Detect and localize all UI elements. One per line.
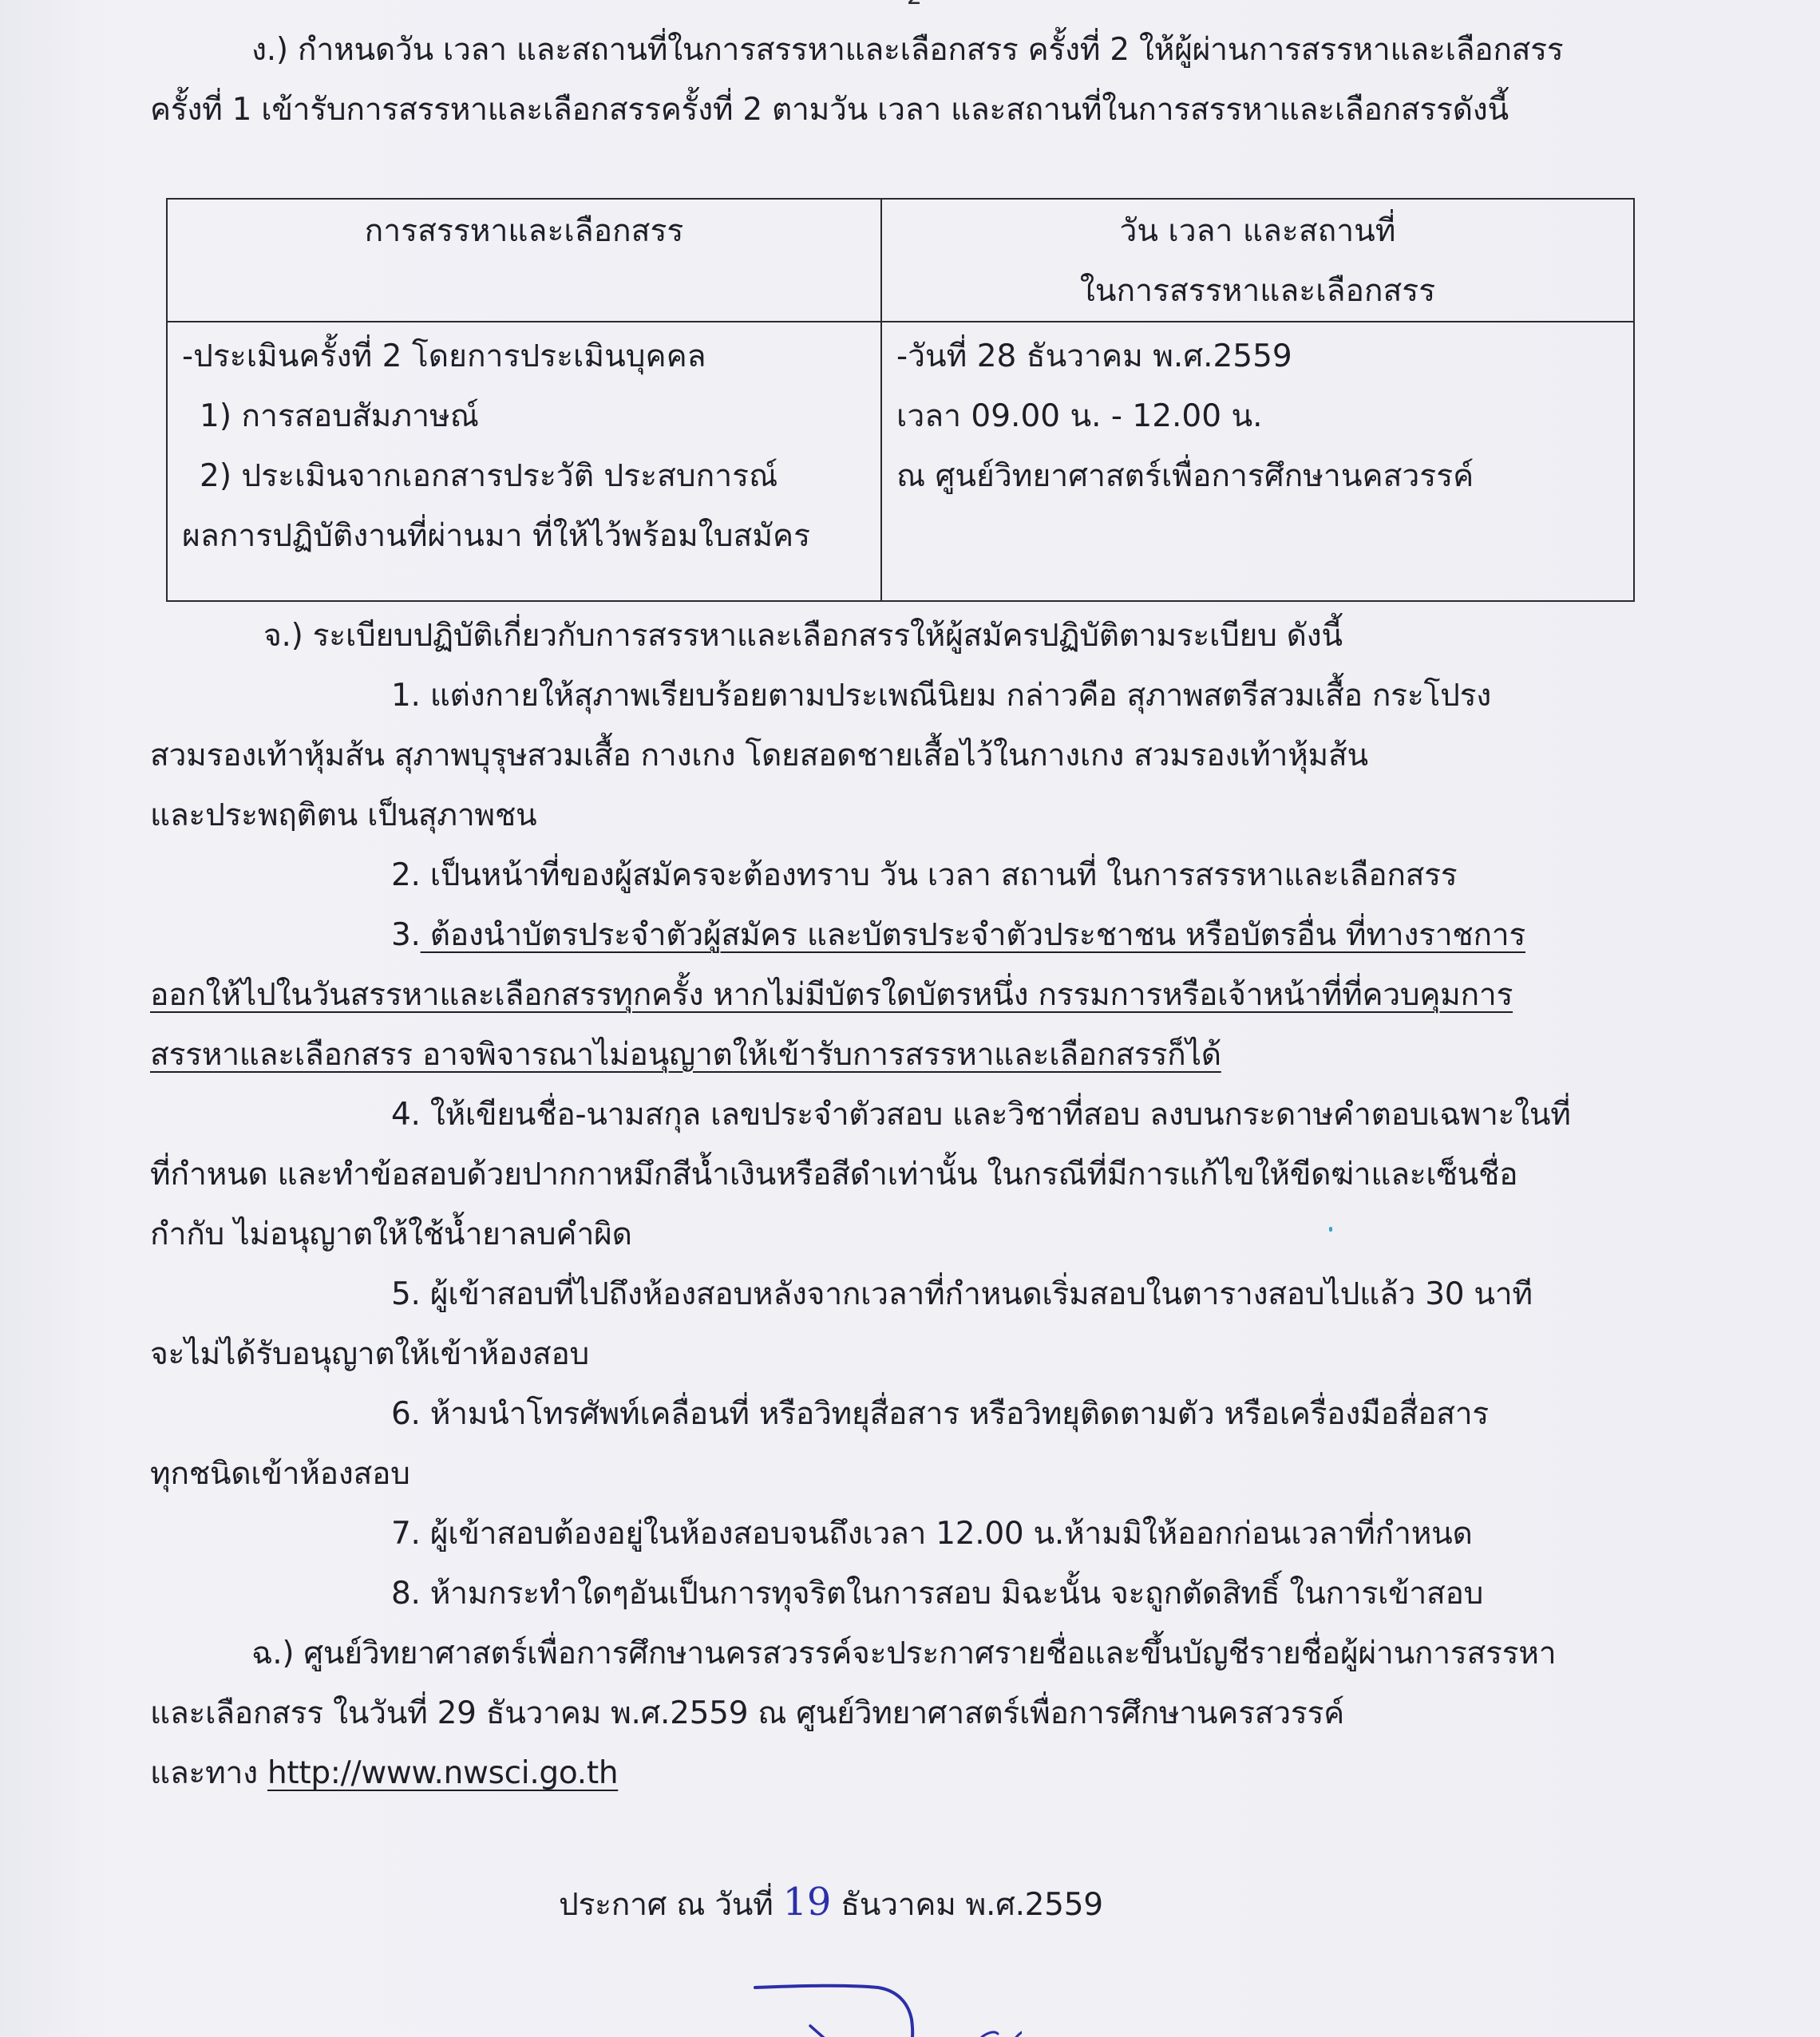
rule-4-line-2: ที่กำหนด และทำข้อสอบด้วยปากกาหมึกสีน้ำเง…: [150, 1155, 1517, 1195]
section-ng-line-1: ง.) กำหนดวัน เวลา และสถานที่ในการสรรหาแล…: [251, 30, 1563, 70]
rule-5-line-2: จะไม่ได้รับอนุญาตให้เข้าห้องสอบ: [150, 1335, 589, 1374]
rule-1-line-3: และประพฤติตน เป็นสุภาพชน: [150, 796, 536, 836]
section-cho-line-3: และทาง http://www.nwsci.go.th: [150, 1754, 618, 1794]
schedule-time: เวลา 09.00 น. - 12.00 น.: [896, 386, 1633, 446]
evaluation-line: 1) การสอบสัมภาษณ์: [182, 386, 880, 446]
rule-1-line-1: 1. แต่งกายให้สุภาพเรียบร้อยตามประเพณีนิย…: [391, 676, 1491, 716]
schedule-table-row: -ประเมินครั้งที่ 2 โดยการประเมินบุคคล 1)…: [167, 322, 1634, 601]
page-number: -2-: [898, 0, 931, 10]
announcement-date: ประกาศ ณ วันที่ 19 ธันวาคม พ.ศ.2559: [559, 1882, 1103, 1925]
evaluation-line: -ประเมินครั้งที่ 2 โดยการประเมินบุคคล: [182, 326, 880, 386]
rule-8-line-1: 8. ห้ามกระทำใดๆอันเป็นการทุจริตในการสอบ …: [391, 1574, 1483, 1614]
scanned-document-page: -2- ง.) กำหนดวัน เวลา และสถานที่ในการสรร…: [0, 0, 1820, 2037]
evaluation-line: ผลการปฏิบัติงานที่ผ่านมา ที่ให้ไว้พร้อมใ…: [182, 506, 880, 566]
rule-5-line-1: 5. ผู้เข้าสอบที่ไปถึงห้องสอบหลังจากเวลาท…: [391, 1275, 1533, 1315]
rule-3-line-2: ออกให้ไปในวันสรรหาและเลือกสรรทุกครั้ง หา…: [150, 975, 1513, 1015]
cell-evaluation-method: -ประเมินครั้งที่ 2 โดยการประเมินบุคคล 1)…: [167, 322, 881, 601]
section-jo-heading: จ.) ระเบียบปฏิบัติเกี่ยวกับการสรรหาและเล…: [263, 616, 1343, 656]
url-prefix: และทาง: [150, 1755, 267, 1791]
rule-3-number: 3.: [391, 917, 421, 953]
header-date-time-place: วัน เวลา และสถานที่ ในการสรรหาและเลือกสร…: [881, 199, 1634, 322]
rule-3-text: ต้องนำบัตรประจำตัวผู้สมัคร และบัตรประจำต…: [421, 917, 1525, 953]
announcement-prefix: ประกาศ ณ วันที่: [559, 1887, 783, 1923]
rule-3-line-1: 3. ต้องนำบัตรประจำตัวผู้สมัคร และบัตรประ…: [391, 916, 1525, 955]
schedule-table: การสรรหาและเลือกสรร วัน เวลา และสถานที่ …: [166, 198, 1635, 602]
handwritten-day: 19: [783, 1880, 831, 1924]
header-col2-line2: ในการสรรหาและเลือกสรร: [882, 261, 1633, 321]
rule-6-line-2: ทุกชนิดเข้าห้องสอบ: [150, 1454, 410, 1494]
header-selection-process: การสรรหาและเลือกสรร: [167, 199, 881, 322]
section-cho-line-2: และเลือกสรร ในวันที่ 29 ธันวาคม พ.ศ.2559…: [150, 1694, 1344, 1734]
section-cho-line-1: ฉ.) ศูนย์วิทยาศาสตร์เพื่อการศึกษานครสวรร…: [251, 1634, 1556, 1674]
rule-1-line-2: สวมรองเท้าหุ้มส้น สุภาพบุรุษสวมเสื้อ กาง…: [150, 736, 1368, 776]
rule-6-line-1: 6. ห้ามนำโทรศัพท์เคลื่อนที่ หรือวิทยุสื่…: [391, 1394, 1489, 1434]
schedule-date: -วันที่ 28 ธันวาคม พ.ศ.2559: [896, 326, 1633, 386]
rule-2-line-1: 2. เป็นหน้าที่ของผู้สมัครจะต้องทราบ วัน …: [391, 856, 1457, 896]
rule-4-line-3: กำกับ ไม่อนุญาตให้ใช้น้ำยาลบคำผิด: [150, 1215, 632, 1255]
rule-3-line-3: สรรหาและเลือกสรร อาจพิจารณาไม่อนุญาตให้เ…: [150, 1035, 1221, 1075]
header-col2-line1: วัน เวลา และสถานที่: [882, 201, 1633, 261]
rule-4-line-1: 4. ให้เขียนชื่อ-นามสกุล เลขประจำตัวสอบ แ…: [391, 1095, 1571, 1135]
schedule-table-header-row: การสรรหาและเลือกสรร วัน เวลา และสถานที่ …: [167, 199, 1634, 322]
cell-date-time-place: -วันที่ 28 ธันวาคม พ.ศ.2559 เวลา 09.00 น…: [881, 322, 1634, 601]
header-col1-text: การสรรหาและเลือกสรร: [168, 201, 880, 261]
evaluation-line: 2) ประเมินจากเอกสารประวัติ ประสบการณ์: [182, 446, 880, 506]
schedule-place: ณ ศูนย์วิทยาศาสตร์เพื่อการศึกษานคสวรรค์: [896, 446, 1633, 506]
website-link[interactable]: http://www.nwsci.go.th: [267, 1755, 618, 1791]
section-ng-line-2: ครั้งที่ 1 เข้ารับการสรรหาและเลือกสรรครั…: [150, 90, 1509, 130]
announcement-suffix: ธันวาคม พ.ศ.2559: [831, 1887, 1103, 1923]
signature: [686, 1972, 1022, 2037]
rule-7-line-1: 7. ผู้เข้าสอบต้องอยู่ในห้องสอบจนถึงเวลา …: [391, 1514, 1473, 1554]
scan-speck: [1329, 1227, 1332, 1232]
